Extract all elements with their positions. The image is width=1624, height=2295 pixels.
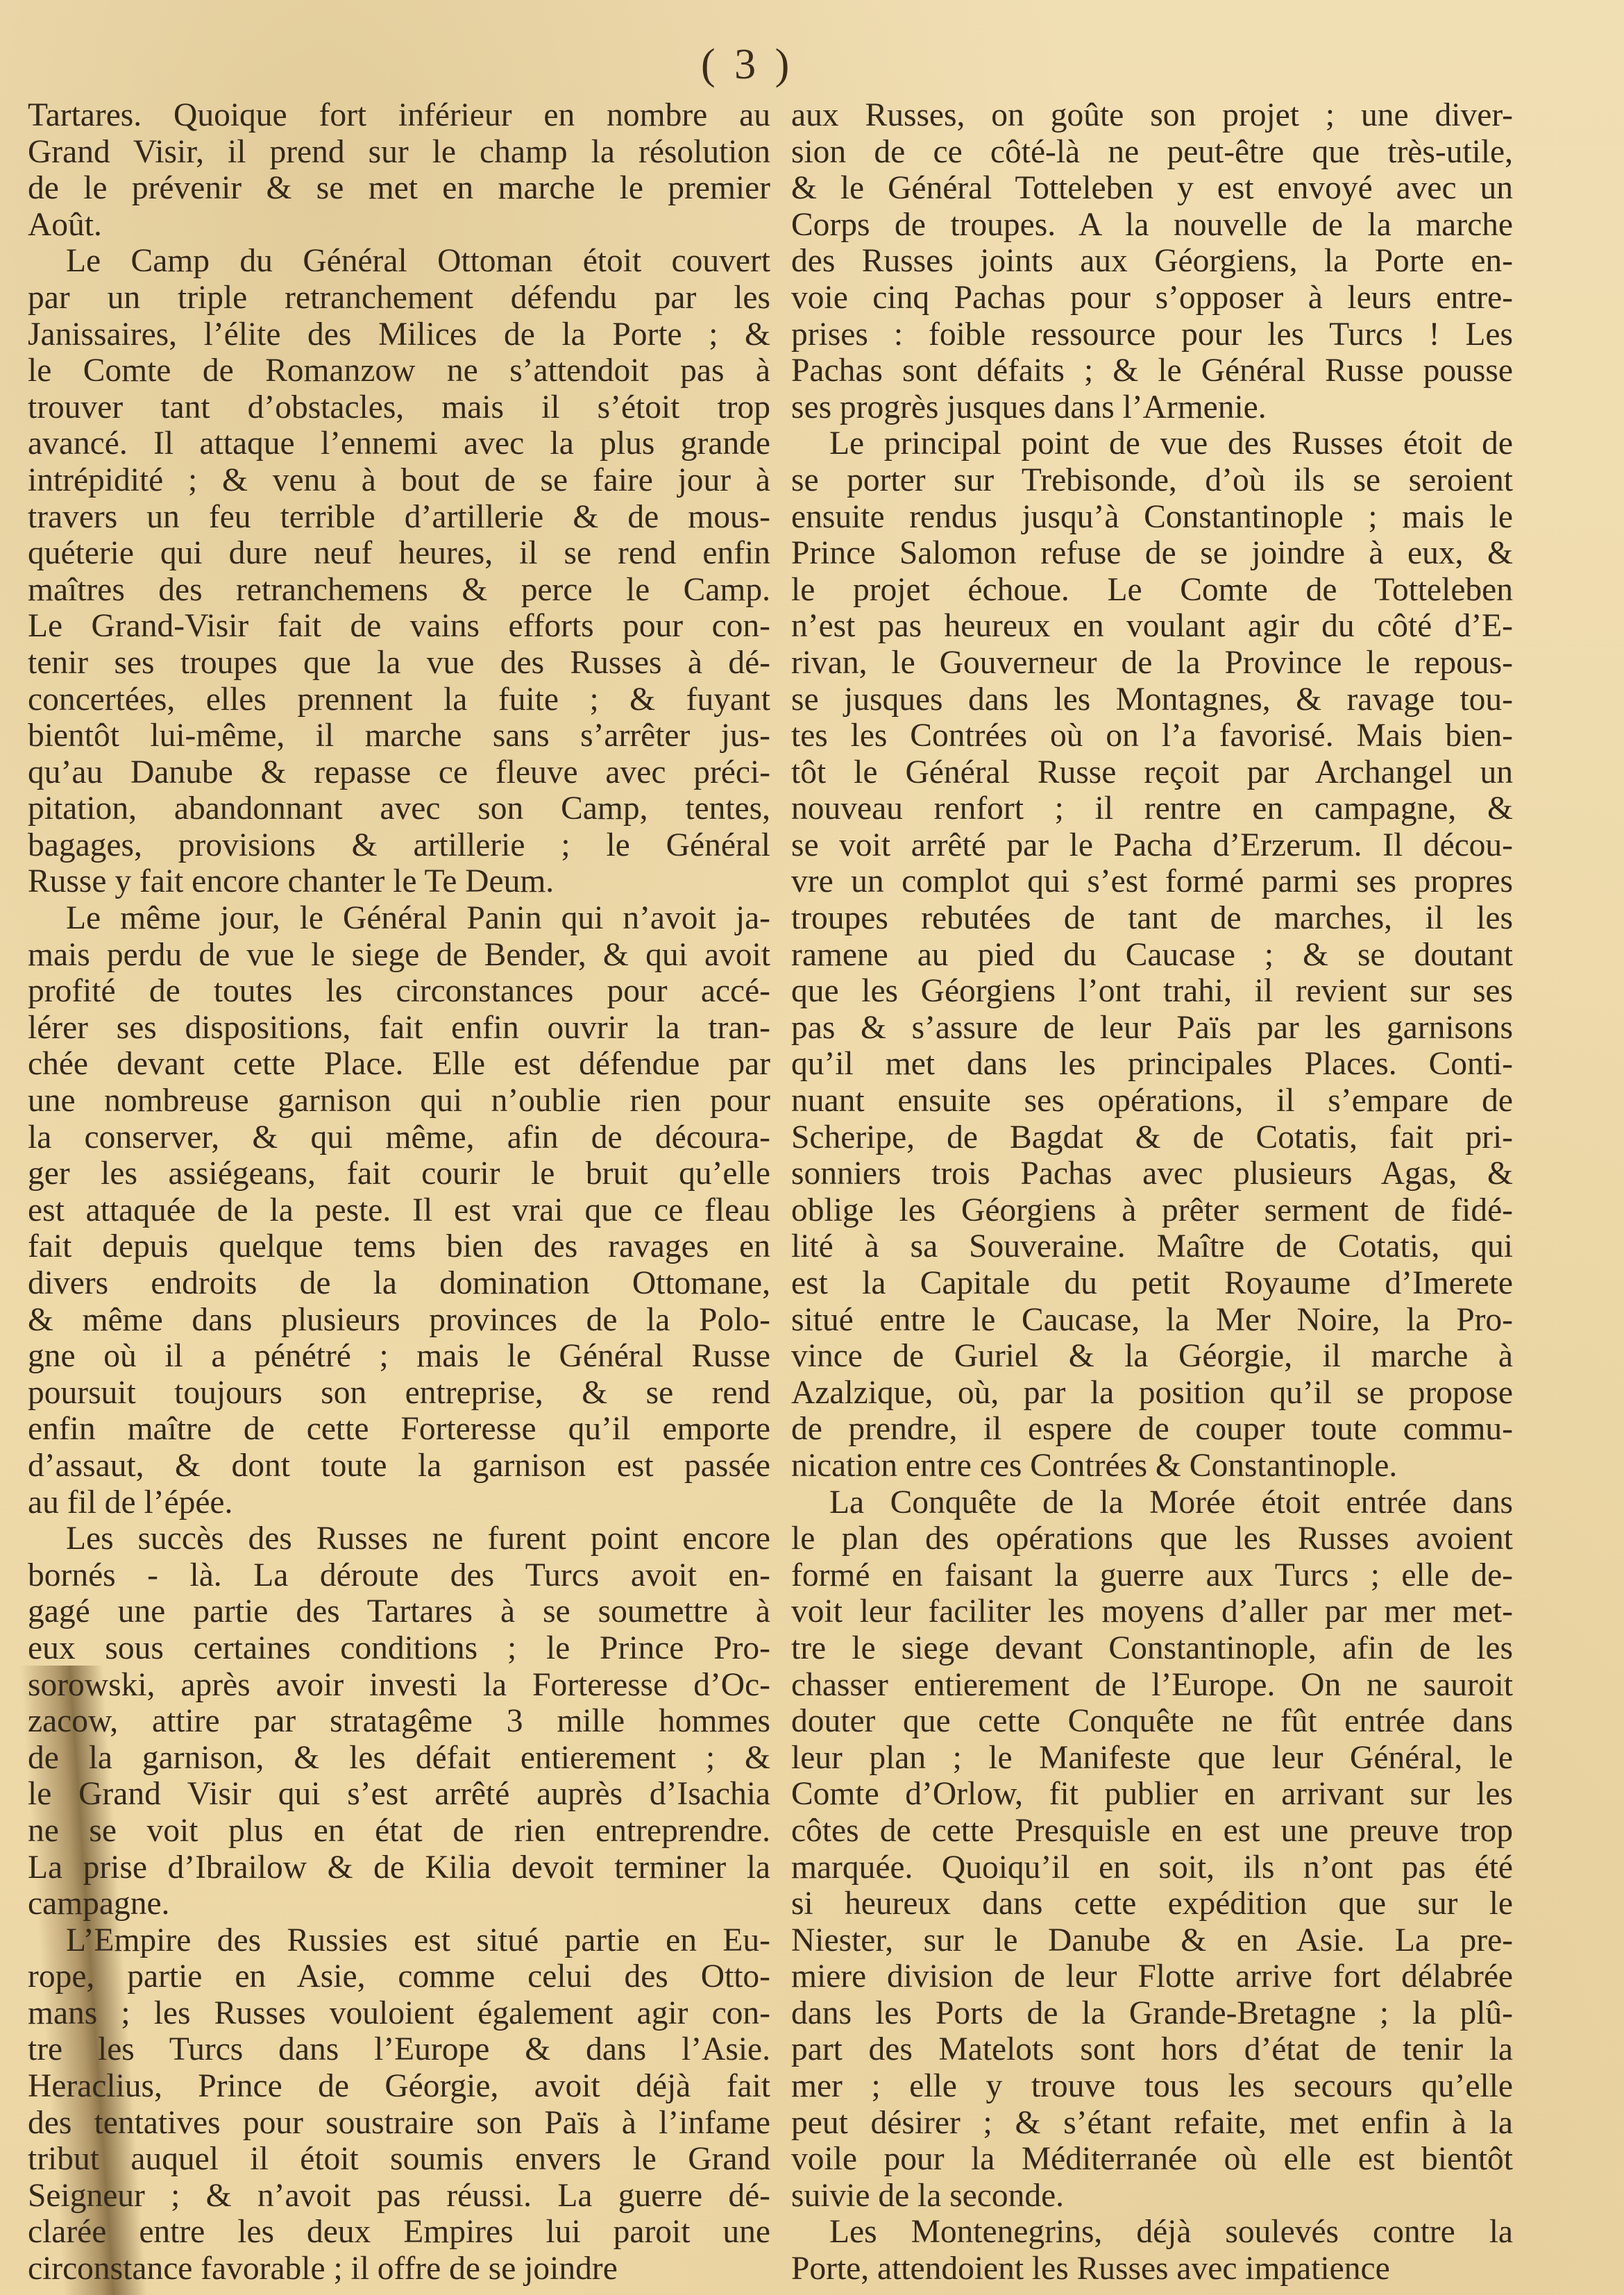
scanned-page: ( 3 ) Tartares. Quoique fort inférieur e…	[0, 0, 1624, 2295]
text-line: voit leur faciliter les moyens d’aller p…	[791, 1593, 1513, 1630]
paragraph: La Conquête de la Morée étoit entrée dan…	[791, 1484, 1513, 2214]
text-line: Corps de troupes. A la nouvelle de la ma…	[791, 207, 1513, 244]
text-line: intrépidité ; & venu à bout de se faire …	[28, 462, 770, 499]
paragraph: Le principal point de vue des Russes éto…	[791, 425, 1513, 1484]
text-line: tre le siege devant Constantinople, afin…	[791, 1630, 1513, 1667]
text-line: bagages, provisions & artillerie ; le Gé…	[28, 827, 770, 864]
text-line: de prendre, il espere de couper toute co…	[791, 1411, 1513, 1448]
text-line: des tentatives pour soustraire son Païs …	[28, 2105, 770, 2142]
text-line: Le principal point de vue des Russes éto…	[791, 425, 1513, 462]
text-line: ger les assiégeans, fait courir le bruit…	[28, 1155, 770, 1192]
text-line: maîtres des retranchemens & perce le Cam…	[28, 572, 770, 609]
text-line: le Comte de Romanzow ne s’attendoit pas …	[28, 353, 770, 389]
text-line: aux Russes, on goûte son projet ; une di…	[791, 97, 1513, 134]
text-line: marquée. Quoiqu’il en soit, ils n’ont pa…	[791, 1849, 1513, 1886]
text-line: qu’il met dans les principales Places. C…	[791, 1046, 1513, 1083]
text-line: rivan, le Gouverneur de la Province le r…	[791, 645, 1513, 681]
text-line: gagé une partie des Tartares à se soumet…	[28, 1593, 770, 1630]
text-line: Azalzique, où, par la position qu’il se …	[791, 1375, 1513, 1412]
text-line: travers un feu terrible d’artillerie & d…	[28, 499, 770, 536]
text-line: Niester, sur le Danube & en Asie. La pre…	[791, 1922, 1513, 1959]
text-line: profité de toutes les circonstances pour…	[28, 973, 770, 1010]
text-line: est la Capitale du petit Royaume d’Imere…	[791, 1265, 1513, 1302]
text-line: que les Géorgiens l’ont trahi, il revien…	[791, 973, 1513, 1010]
text-line: rope, partie en Asie, comme celui des Ot…	[28, 1958, 770, 1995]
text-line: Scheripe, de Bagdat & de Cotatis, fait p…	[791, 1119, 1513, 1156]
text-line: part des Matelots sont hors d’état de te…	[791, 2031, 1513, 2068]
text-line: zacow, attire par stratagême 3 mille hom…	[28, 1703, 770, 1740]
text-line: Grand Visir, il prend sur le champ la ré…	[28, 134, 770, 171]
text-line: la conserver, & qui même, afin de décour…	[28, 1119, 770, 1156]
text-line: ne se voit plus en état de rien entrepre…	[28, 1813, 770, 1849]
text-line: Les succès des Russes ne furent point en…	[28, 1521, 770, 1557]
text-line: Russe y fait encore chanter le Te Deum.	[28, 863, 770, 900]
text-line: tes les Contrées où on l’a favorisé. Mai…	[791, 718, 1513, 754]
text-line: d’assaut, & dont toute la garnison est p…	[28, 1448, 770, 1484]
text-line: Porte, attendoient les Russes avec impat…	[791, 2251, 1513, 2287]
text-line: troupes rebutées de tant de marches, il …	[791, 900, 1513, 937]
text-line: eux sous certaines conditions ; le Princ…	[28, 1630, 770, 1667]
text-line: Tartares. Quoique fort inférieur en nomb…	[28, 97, 770, 134]
text-line: mans ; les Russes vouloient également ag…	[28, 1995, 770, 2032]
text-line: vince de Guriel & la Géorgie, il marche …	[791, 1338, 1513, 1375]
text-line: lité à sa Souveraine. Maître de Cotatis,…	[791, 1228, 1513, 1265]
text-line: le Grand Visir qui s’est arrêté auprès d…	[28, 1776, 770, 1813]
text-line: enfin maître de cette Forteresse qu’il e…	[28, 1411, 770, 1448]
text-line: Prince Salomon refuse de se joindre à eu…	[791, 535, 1513, 572]
text-line: quéterie qui dure neuf heures, il se ren…	[28, 535, 770, 572]
text-line: oblige les Géorgiens à prêter serment de…	[791, 1192, 1513, 1229]
text-line: Le même jour, le Général Panin qui n’avo…	[28, 900, 770, 937]
text-line: voie cinq Pachas pour s’opposer à leurs …	[791, 280, 1513, 316]
text-line: poursuit toujours son entreprise, & se r…	[28, 1375, 770, 1412]
text-line: côtes de cette Presquisle en est une pre…	[791, 1813, 1513, 1849]
text-line: suivie de la seconde.	[791, 2178, 1513, 2214]
text-line: mer ; elle y trouve tous les secours qu’…	[791, 2068, 1513, 2105]
text-line: dans les Ports de la Grande-Bretagne ; l…	[791, 1995, 1513, 2032]
text-line: formé en faisant la guerre aux Turcs ; e…	[791, 1557, 1513, 1594]
text-line: trouver tant d’obstacles, mais il s’étoi…	[28, 389, 770, 426]
text-line: campagne.	[28, 1886, 770, 1922]
text-line: lérer ses dispositions, fait enfin ouvri…	[28, 1010, 770, 1047]
text-line: Janissaires, l’élite des Milices de la P…	[28, 316, 770, 353]
text-line: tôt le Général Russe reçoit par Archange…	[791, 754, 1513, 791]
text-line: le plan des opérations que les Russes av…	[791, 1521, 1513, 1557]
text-line: bornés - là. La déroute des Turcs avoit …	[28, 1557, 770, 1594]
text-line: pitation, abandonnant avec son Camp, ten…	[28, 790, 770, 827]
text-line: Heraclius, Prince de Géorgie, avoit déjà…	[28, 2068, 770, 2105]
paragraph: Le Camp du Général Ottoman étoit couvert…	[28, 243, 770, 900]
text-line: peut désirer ; & s’étant refaite, met en…	[791, 2105, 1513, 2142]
text-line: par un triple retranchement défendu par …	[28, 280, 770, 316]
text-line: gne où il a pénétré ; mais le Général Ru…	[28, 1338, 770, 1375]
text-line: Les Montenegrins, déjà soulevés contre l…	[791, 2214, 1513, 2251]
text-line: douter que cette Conquête ne fût entrée …	[791, 1703, 1513, 1740]
text-line: au fil de l’épée.	[28, 1484, 770, 1521]
text-line: bientôt lui-même, il marche sans s’arrêt…	[28, 718, 770, 754]
paragraph: Les succès des Russes ne furent point en…	[28, 1521, 770, 1922]
text-line: vre un complot qui s’est formé parmi ses…	[791, 863, 1513, 900]
paragraph: Le même jour, le Général Panin qui n’avo…	[28, 900, 770, 1521]
left-column: Tartares. Quoique fort inférieur en nomb…	[28, 97, 770, 2287]
paragraph: aux Russes, on goûte son projet ; une di…	[791, 97, 1513, 425]
text-line: voile pour la Méditerranée où elle est b…	[791, 2141, 1513, 2178]
text-line: sorowski, après avoir investi la Fortere…	[28, 1667, 770, 1704]
text-line: qu’au Danube & repasse ce fleuve avec pr…	[28, 754, 770, 791]
text-line: une nombreuse garnison qui n’oublie rien…	[28, 1083, 770, 1119]
text-line: le projet échoue. Le Comte de Totteleben	[791, 572, 1513, 609]
text-line: chée devant cette Place. Elle est défend…	[28, 1046, 770, 1083]
text-line: se jusques dans les Montagnes, & ravage …	[791, 681, 1513, 718]
paragraph: Les Montenegrins, déjà soulevés contre l…	[791, 2214, 1513, 2287]
text-line: & le Général Totteleben y est envoyé ave…	[791, 170, 1513, 207]
right-column: aux Russes, on goûte son projet ; une di…	[791, 97, 1513, 2287]
paragraph: L’Empire des Russies est situé partie en…	[28, 1922, 770, 2287]
text-line: Comte d’Orlow, fit publier en arrivant s…	[791, 1776, 1513, 1813]
paragraph: Tartares. Quoique fort inférieur en nomb…	[28, 97, 770, 243]
text-line: est attaquée de la peste. Il est vrai qu…	[28, 1192, 770, 1229]
text-line: & même dans plusieurs provinces de la Po…	[28, 1302, 770, 1339]
text-line: ses progrès jusques dans l’Armenie.	[791, 389, 1513, 426]
text-line: se voit arrêté par le Pacha d’Erzerum. I…	[791, 827, 1513, 864]
text-line: tre les Turcs dans l’Europe & dans l’Asi…	[28, 2031, 770, 2068]
text-line: avancé. Il attaque l’ennemi avec la plus…	[28, 425, 770, 462]
text-line: nouveau renfort ; il rentre en campagne,…	[791, 790, 1513, 827]
text-line: Le Camp du Général Ottoman étoit couvert	[28, 243, 770, 280]
text-line: Août.	[28, 207, 770, 244]
text-line: pas & s’assure de leur Païs par les garn…	[791, 1010, 1513, 1047]
page-number: ( 3 )	[701, 40, 793, 90]
text-line: fait depuis quelque tems bien des ravage…	[28, 1228, 770, 1265]
text-line: ensuite rendus jusqu’à Constantinople ; …	[791, 499, 1513, 536]
text-line: clarée entre les deux Empires lui paroit…	[28, 2214, 770, 2251]
text-line: Pachas sont défaits ; & le Général Russe…	[791, 353, 1513, 389]
text-line: tribut auquel il étoit soumis envers le …	[28, 2141, 770, 2178]
text-line: prises : foible ressource pour les Turcs…	[791, 316, 1513, 353]
text-line: tenir ses troupes que la vue des Russes …	[28, 645, 770, 681]
text-line: mais perdu de vue le siege de Bender, & …	[28, 937, 770, 974]
text-line: des Russes joints aux Géorgiens, la Port…	[791, 243, 1513, 280]
text-line: concertées, elles prennent la fuite ; & …	[28, 681, 770, 718]
text-line: situé entre le Caucase, la Mer Noire, la…	[791, 1302, 1513, 1339]
text-line: La prise d’Ibrailow & de Kilia devoit te…	[28, 1849, 770, 1886]
text-line: La Conquête de la Morée étoit entrée dan…	[791, 1484, 1513, 1521]
text-line: si heureux dans cette expédition que sur…	[791, 1886, 1513, 1922]
text-line: de le prévenir & se met en marche le pre…	[28, 170, 770, 207]
text-line: divers endroits de la domination Ottoman…	[28, 1265, 770, 1302]
text-line: ramene au pied du Caucase ; & se doutant	[791, 937, 1513, 974]
text-line: circonstance favorable ; il offre de se …	[28, 2251, 770, 2287]
text-line: Seigneur ; & n’avoit pas réussi. La guer…	[28, 2178, 770, 2214]
text-line: Le Grand-Visir fait de vains efforts pou…	[28, 608, 770, 645]
text-line: nuant ensuite ses opérations, il s’empar…	[791, 1083, 1513, 1119]
text-line: L’Empire des Russies est situé partie en…	[28, 1922, 770, 1959]
text-line: sion de ce côté-là ne peut-être que très…	[791, 134, 1513, 171]
text-line: se porter sur Trebisonde, d’où ils se se…	[791, 462, 1513, 499]
text-line: miere division de leur Flotte arrive for…	[791, 1958, 1513, 1995]
text-line: n’est pas heureux en voulant agir du côt…	[791, 608, 1513, 645]
text-line: nication entre ces Contrées & Constantin…	[791, 1448, 1513, 1484]
text-line: leur plan ; le Manifeste que leur Généra…	[791, 1740, 1513, 1777]
text-line: sonniers trois Pachas avec plusieurs Aga…	[791, 1155, 1513, 1192]
text-line: de la garnison, & les défait entierement…	[28, 1740, 770, 1777]
text-line: chasser entierement de l’Europe. On ne s…	[791, 1667, 1513, 1704]
